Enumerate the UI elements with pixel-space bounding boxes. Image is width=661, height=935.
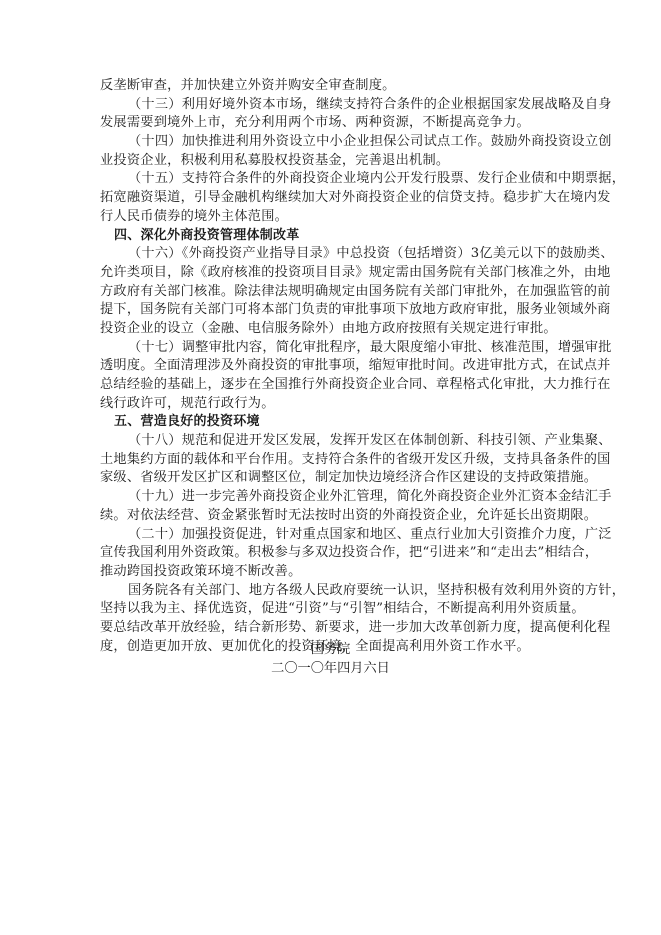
text-line: 总结经验的基础上，逐步在全国推行外商投资企业合同、章程格式化审批，大力推行在 <box>100 376 562 395</box>
text-line: 线行政许可，规范行政行为。 <box>100 395 562 414</box>
signature-date: 二〇一〇年四月六日 <box>0 657 661 676</box>
document-body: 反垄断审查，并加快建立外资并购安全审查制度。 （十三）利用好境外资本市场，继续支… <box>100 77 562 656</box>
text-line: （十九）进一步完善外商投资企业外汇管理，简化外商投资企业外汇资本金结汇手 <box>100 488 562 507</box>
text-line: 国务院各有关部门、地方各级人民政府要统一认识，坚持积极有效利用外资的方针， <box>100 582 562 601</box>
text-line: 投资企业的设立（金融、电信服务除外）由地方政府按照有关规定进行审批。 <box>100 320 562 339</box>
text-line: （十五）支持符合条件的外商投资企业境内公开发行股票、发行企业债和中期票据， <box>100 170 562 189</box>
text-line: 透明度。全面清理涉及外商投资的审批事项，缩短审批时间。改进审批方式，在试点并 <box>100 357 562 376</box>
section-heading: 五、营造良好的投资环境 <box>100 413 562 432</box>
text-line: （十八）规范和促进开发区发展，发挥开发区在体制创新、科技引领、产业集聚、 <box>100 432 562 451</box>
text-line: 发展需要到境外上市，充分利用两个市场、两种资源，不断提高竞争力。 <box>100 114 562 133</box>
text-line: 推动跨国投资政策环境不断改善。 <box>100 563 562 582</box>
text-line: 要总结改革开放经验，结合新形势、新要求，进一步加大改革创新力度，提高便利化程 <box>100 619 562 638</box>
text-line: （十三）利用好境外资本市场，继续支持符合条件的企业根据国家发展战略及自身 <box>100 96 562 115</box>
section-heading: 四、深化外商投资管理体制改革 <box>100 227 562 246</box>
text-line: 允许类项目，除《政府核准的投资项目目录》规定需由国务院有关部门核准之外，由地 <box>100 264 562 283</box>
text-line: 家级、省级开发区扩区和调整区位，制定加快边境经济合作区建设的支持政策措施。 <box>100 469 562 488</box>
text-line: （十七）调整审批内容，简化审批程序，最大限度缩小审批、核准范围，增强审批 <box>100 339 562 358</box>
text-line: 拓宽融资渠道，引导金融机构继续加大对外商投资企业的信贷支持。稳步扩大在境内发 <box>100 189 562 208</box>
text-line: 反垄断审查，并加快建立外资并购安全审查制度。 <box>100 77 562 96</box>
text-line: 续。对依法经营、资金紧张暂时无法按时出资的外商投资企业，允许延长出资期限。 <box>100 507 562 526</box>
text-line: 方政府有关部门核准。除法律法规明确规定由国务院有关部门审批外，在加强监管的前 <box>100 283 562 302</box>
text-line: （二十）加强投资促进，针对重点国家和地区、重点行业加大引资推介力度，广泛 <box>100 526 562 545</box>
text-line: 宣传我国利用外资政策。积极参与多双边投资合作，把“引进来”和“走出去”相结合， <box>100 544 562 563</box>
signature-issuer: 国务院 <box>0 638 661 657</box>
text-line: （十六）《外商投资产业指导目录》中总投资（包括增资）3亿美元以下的鼓励类、 <box>100 245 562 264</box>
text-line: 行人民币债券的境外主体范围。 <box>100 208 562 227</box>
text-line: （十四）加快推进利用外资设立中小企业担保公司试点工作。鼓励外商投资设立创 <box>100 133 562 152</box>
text-line: 业投资企业，积极利用私募股权投资基金，完善退出机制。 <box>100 152 562 171</box>
text-line: 土地集约方面的载体和平台作用。支持符合条件的省级开发区升级，支持具备条件的国 <box>100 451 562 470</box>
text-line: 坚持以我为主、择优选资，促进“引资”与“引智”相结合，不断提高利用外资质量。 <box>100 600 562 619</box>
text-line: 提下，国务院有关部门可将本部门负责的审批事项下放地方政府审批，服务业领域外商 <box>100 301 562 320</box>
